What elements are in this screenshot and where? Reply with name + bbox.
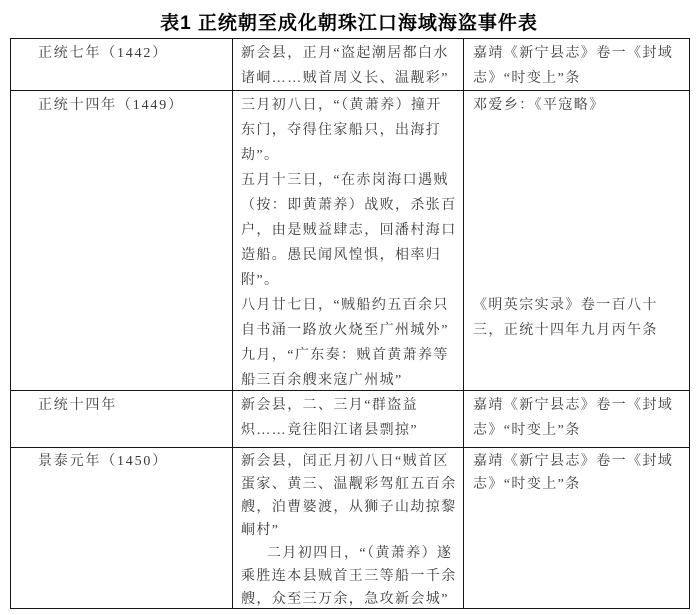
event-cell: 新会县，二、三月“群盗益炽……竟往阳江诸县剽掠” <box>233 391 464 448</box>
source-entry: 嘉靖《新宁县志》卷一《封域志》“时变上”条 <box>473 41 684 91</box>
event-paragraph: 二月初四日，“（黄萧养）遂乘胜连本县贼首王三等船一千余艘，众至三万余，急攻新会城… <box>241 542 457 609</box>
date-cell: 正统十四年（1449） <box>11 91 233 391</box>
event-paragraph: 新会县，正月“盗起潮居都白水诸峒……贼首周义长、温觏彩” <box>241 41 457 91</box>
event-cell: 新会县，正月“盗起潮居都白水诸峒……贼首周义长、温觏彩” <box>233 39 464 91</box>
event-paragraph: 五月十三日，“在赤岗海口遇贼（按：即黄萧养）战败，杀张百户，由是贼益肆志，回潘村… <box>241 168 457 293</box>
source-cell: 嘉靖《新宁县志》卷一《封域志》“时变上”条 <box>464 448 690 609</box>
source-entry: 嘉靖《新宁县志》卷一《封域志》“时变上”条 <box>473 450 684 496</box>
source-cell: 邓爱乡：《平寇略》 《明英宗实录》卷一百八十三，正统十四年九月丙午条 <box>464 91 690 391</box>
source-entry: 《明英宗实录》卷一百八十三，正统十四年九月丙午条 <box>473 293 684 343</box>
event-cell: 三月初八日，“（黄萧养）撞开东门，夺得住家船只，出海打劫”。 五月十三日，“在赤… <box>233 91 464 391</box>
date-cell: 景泰元年（1450） <box>11 448 233 609</box>
date-cell: 正统七年（1442） <box>11 39 233 91</box>
source-cell: 嘉靖《新宁县志》卷一《封域志》“时变上”条 <box>464 39 690 91</box>
source-entry: 嘉靖《新宁县志》卷一《封域志》“时变上”条 <box>473 393 684 443</box>
event-cell: 新会县，闰正月初八日“贼首区蛋家、黄三、温觏彩驾舡五百余艘，泊曹婆渡，从狮子山劫… <box>233 448 464 609</box>
source-cell: 嘉靖《新宁县志》卷一《封域志》“时变上”条 <box>464 391 690 448</box>
event-paragraph: 八月廿七日，“贼船约五百余只自书涌一路放火烧至广州城外” <box>241 293 457 343</box>
date-cell: 正统十四年 <box>11 391 233 448</box>
event-paragraph: 新会县，闰正月初八日“贼首区蛋家、黄三、温觏彩驾舡五百余艘，泊曹婆渡，从狮子山劫… <box>241 450 457 542</box>
source-entry: 邓爱乡：《平寇略》 <box>473 93 684 118</box>
event-paragraph: 三月初八日，“（黄萧养）撞开东门，夺得住家船只，出海打劫”。 <box>241 93 457 168</box>
piracy-events-table: 正统七年（1442） 新会县，正月“盗起潮居都白水诸峒……贼首周义长、温觏彩” … <box>10 38 690 609</box>
table-caption: 表1 正统朝至成化朝珠江口海域海盗事件表 <box>0 8 698 35</box>
event-paragraph: 九月，“广东奏：贼首黄萧养等船三百余艘来寇广州城” <box>241 343 457 391</box>
event-paragraph: 新会县，二、三月“群盗益炽……竟往阳江诸县剽掠” <box>241 393 457 443</box>
